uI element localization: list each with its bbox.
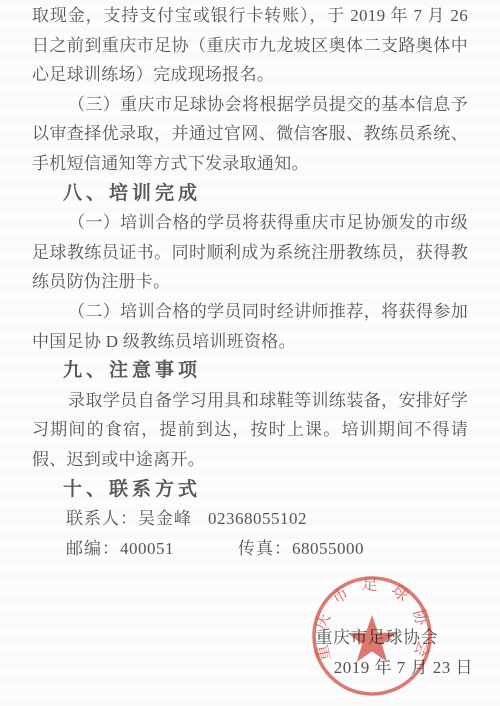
contact-postal-fax-line: 邮编：400051传真：68055000 [32,534,468,564]
signature-date: 2019 年 7 月 23 日 [334,653,473,683]
fax-number: 68055000 [292,539,364,558]
paragraph-9: 录取学员自备学习用具和球鞋等训练装备，安排好学习期间的食宿，提前到达，按时上课。… [32,386,468,475]
heading-section-9: 九、注意事项 [32,356,468,386]
contact-phone: 02368055102 [208,509,307,528]
contact-person-name: 吴金峰 [138,509,192,528]
fax-label: 传真： [238,539,292,558]
paragraph-item-3: （三）重庆市足球协会将根据学员提交的基本信息予以审查择优录取，并通过官网、微信客… [32,90,468,179]
heading-section-10: 十、联系方式 [32,475,468,505]
paragraph-8-1: （一）培训合格的学员将获得重庆市足协颁发的市级足球教练员证书。同时顺利成为系统注… [32,208,468,297]
postal-label: 邮编： [66,539,120,558]
contact-person-label: 联系人： [66,509,138,528]
paragraph-8-2: （二）培训合格的学员同时经讲师推荐，将获得参加中国足协 D 级教练员培训班资格。 [32,297,468,356]
document-page: 取现金，支持支付宝或银行卡转账），于 2019 年 7 月 26 日之前到重庆市… [0,0,500,706]
paragraph-continuation: 取现金，支持支付宝或银行卡转账），于 2019 年 7 月 26 日之前到重庆市… [32,1,468,90]
contact-person-line: 联系人：吴金峰02368055102 [32,504,468,534]
postal-code: 400051 [120,539,174,558]
heading-section-8: 八、培训完成 [32,179,468,209]
signature-organization: 重庆市足球协会 [316,623,439,653]
